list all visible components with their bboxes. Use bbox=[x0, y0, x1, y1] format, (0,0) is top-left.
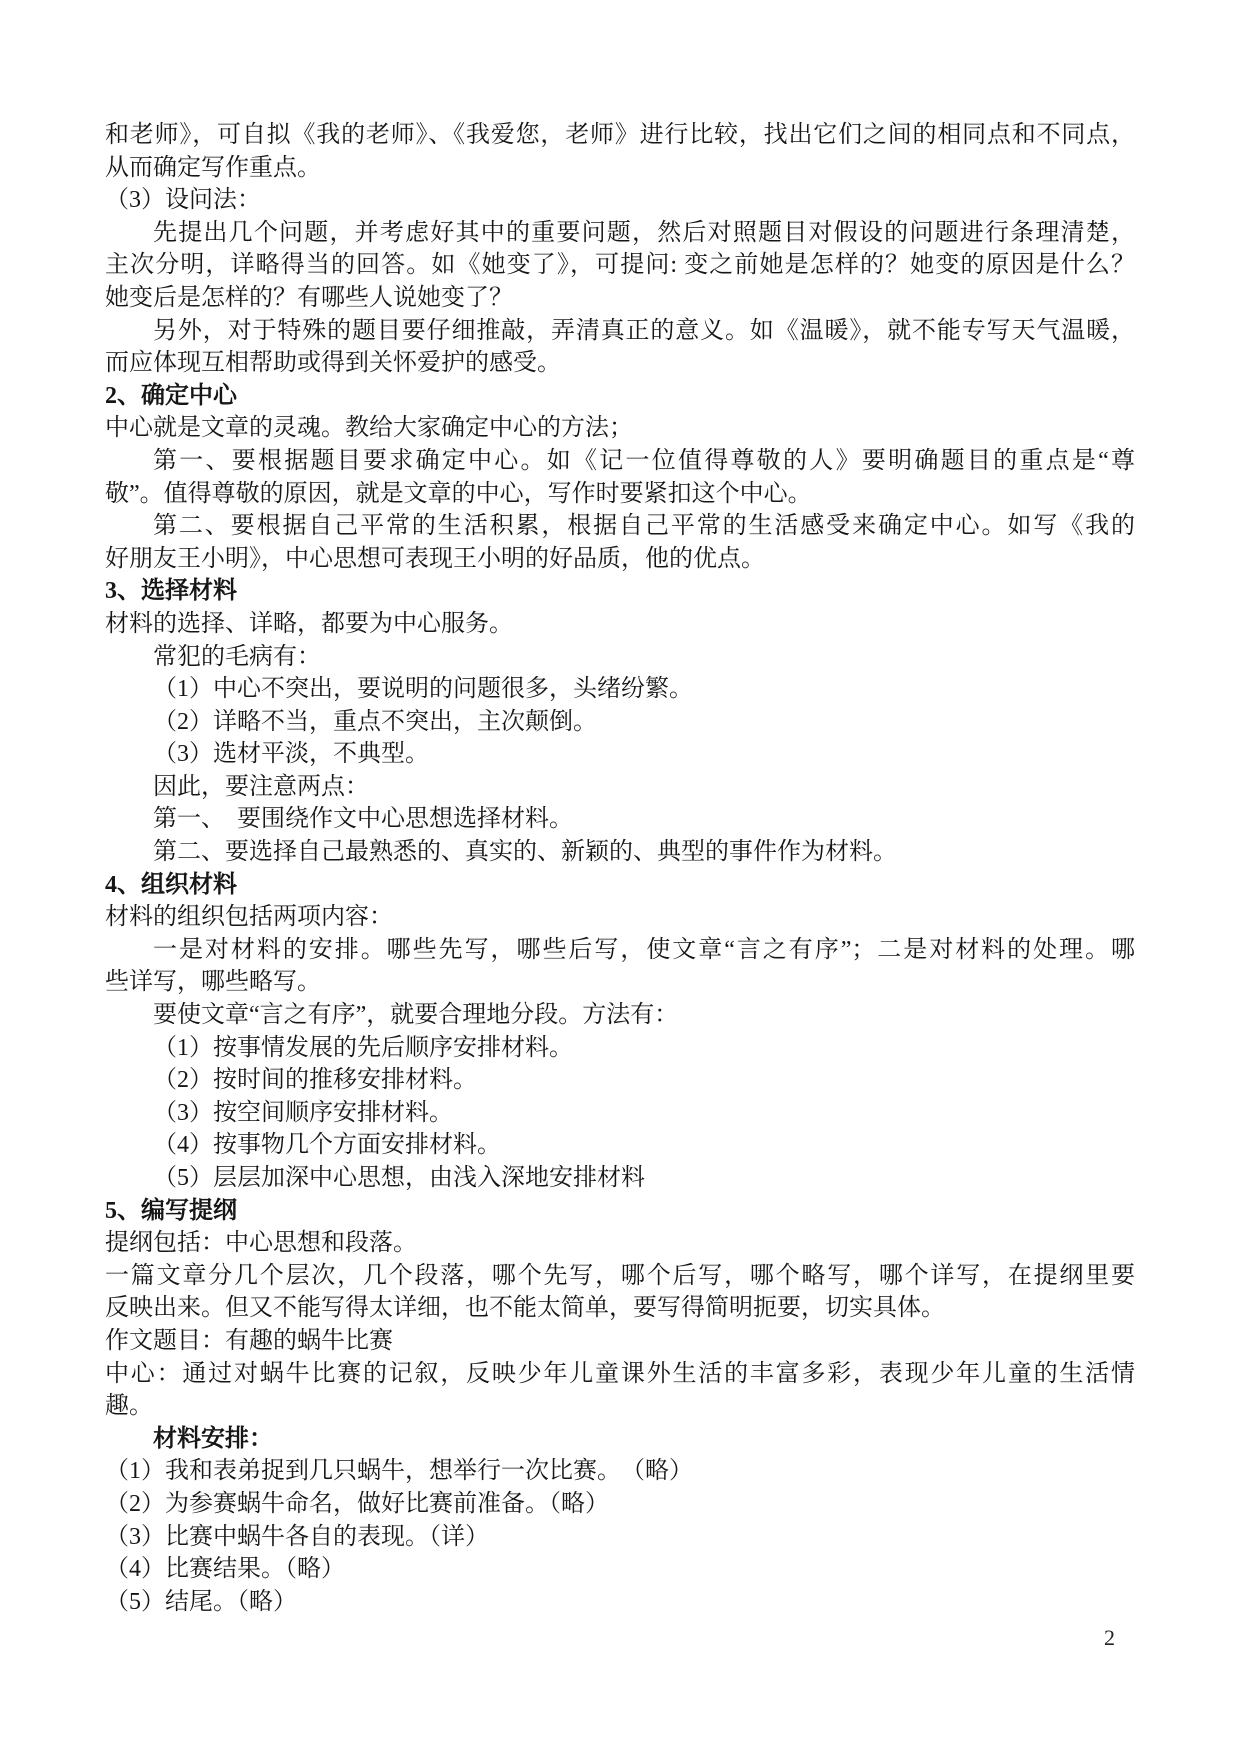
section-heading-5: 5、编写提纲 bbox=[105, 1195, 1135, 1228]
list-item: （3）选材平淡，不典型。 bbox=[105, 738, 1135, 771]
text-line: 她变后是怎样的？有哪些人说她变了？ bbox=[105, 282, 1135, 315]
essay-title-line: 作文题目：有趣的蜗牛比赛 bbox=[105, 1325, 1135, 1358]
list-item: （4）比赛结果。（略） bbox=[105, 1553, 1135, 1586]
document-page: 和老师》，可自拟《我的老师》、《我爱您，老师》进行比较，找出它们之间的相同点和不… bbox=[0, 0, 1241, 1754]
text-line: 主次分明，详略得当的回答。如《她变了》，可提问: 变之前她是怎样的？她变的原因是… bbox=[105, 249, 1135, 282]
text-line: 材料的选择、详略，都要为中心服务。 bbox=[105, 608, 1135, 641]
text-line: 而应体现互相帮助或得到关怀爱护的感受。 bbox=[105, 347, 1135, 380]
text-line: 因此，要注意两点： bbox=[105, 771, 1135, 804]
list-item: （1）中心不突出，要说明的问题很多，头绪纷繁。 bbox=[105, 673, 1135, 706]
text-line: 些详写，哪些略写。 bbox=[105, 966, 1135, 999]
text-line: 和老师》，可自拟《我的老师》、《我爱您，老师》进行比较，找出它们之间的相同点和不… bbox=[105, 119, 1135, 152]
section-heading-3: 3、选择材料 bbox=[105, 575, 1135, 608]
text-line: 先提出几个问题，并考虑好其中的重要问题，然后对照题目对假设的问题进行条理清楚， bbox=[105, 217, 1135, 250]
text-line: 另外，对于特殊的题目要仔细推敲，弄清真正的意义。如《温暖》，就不能专写天气温暖， bbox=[105, 315, 1135, 348]
text-line: 一是对材料的安排。哪些先写，哪些后写，使文章“言之有序”；二是对材料的处理。哪 bbox=[105, 934, 1135, 967]
material-plan-heading: 材料安排： bbox=[105, 1423, 1135, 1456]
text-line: 常犯的毛病有： bbox=[105, 641, 1135, 674]
text-line: （3）设问法： bbox=[105, 184, 1135, 217]
text-line: 一篇文章分几个层次，几个段落，哪个先写，哪个后写，哪个略写，哪个详写，在提纲里要 bbox=[105, 1260, 1135, 1293]
text-line: 好朋友王小明》，中心思想可表现王小明的好品质，他的优点。 bbox=[105, 543, 1135, 576]
section-heading-4: 4、组织材料 bbox=[105, 869, 1135, 902]
text-line: 敬”。值得尊敬的原因，就是文章的中心，写作时要紧扣这个中心。 bbox=[105, 478, 1135, 511]
text-line: 从而确定写作重点。 bbox=[105, 152, 1135, 185]
list-item: （2）详略不当，重点不突出，主次颠倒。 bbox=[105, 706, 1135, 739]
section-heading-2: 2、确定中心 bbox=[105, 380, 1135, 413]
text-line: 中心：通过对蜗牛比赛的记叙，反映少年儿童课外生活的丰富多彩，表现少年儿童的生活情 bbox=[105, 1358, 1135, 1391]
page-number: 2 bbox=[1104, 1625, 1115, 1651]
list-item: （4）按事物几个方面安排材料。 bbox=[105, 1129, 1135, 1162]
text-line: 第一、 要围绕作文中心思想选择材料。 bbox=[105, 803, 1135, 836]
text-line: 第一、要根据题目要求确定中心。如《记一位值得尊敬的人》要明确题目的重点是“尊 bbox=[105, 445, 1135, 478]
text-line: 提纲包括：中心思想和段落。 bbox=[105, 1227, 1135, 1260]
text-line: 中心就是文章的灵魂。教给大家确定中心的方法； bbox=[105, 412, 1135, 445]
list-item: （2）为参赛蜗牛命名，做好比赛前准备。（略） bbox=[105, 1488, 1135, 1521]
text-line: 要使文章“言之有序”，就要合理地分段。方法有： bbox=[105, 999, 1135, 1032]
document-body: 和老师》，可自拟《我的老师》、《我爱您，老师》进行比较，找出它们之间的相同点和不… bbox=[105, 119, 1135, 1618]
list-item: （5）层层加深中心思想，由浅入深地安排材料 bbox=[105, 1162, 1135, 1195]
list-item: （3）按空间顺序安排材料。 bbox=[105, 1097, 1135, 1130]
text-line: 第二、要选择自己最熟悉的、真实的、新颖的、典型的事件作为材料。 bbox=[105, 836, 1135, 869]
list-item: （1）我和表弟捉到几只蜗牛，想举行一次比赛。 （略） bbox=[105, 1455, 1135, 1488]
text-line: 材料的组织包括两项内容： bbox=[105, 901, 1135, 934]
list-item: （3）比赛中蜗牛各自的表现。（详） bbox=[105, 1521, 1135, 1554]
list-item: （1）按事情发展的先后顺序安排材料。 bbox=[105, 1032, 1135, 1065]
list-item: （5）结尾。（略） bbox=[105, 1586, 1135, 1619]
text-line: 第二、要根据自己平常的生活积累，根据自己平常的生活感受来确定中心。如写《我的 bbox=[105, 510, 1135, 543]
text-line: 趣。 bbox=[105, 1390, 1135, 1423]
text-line: 反映出来。但又不能写得太详细，也不能太简单，要写得简明扼要，切实具体。 bbox=[105, 1292, 1135, 1325]
list-item: （2）按时间的推移安排材料。 bbox=[105, 1064, 1135, 1097]
